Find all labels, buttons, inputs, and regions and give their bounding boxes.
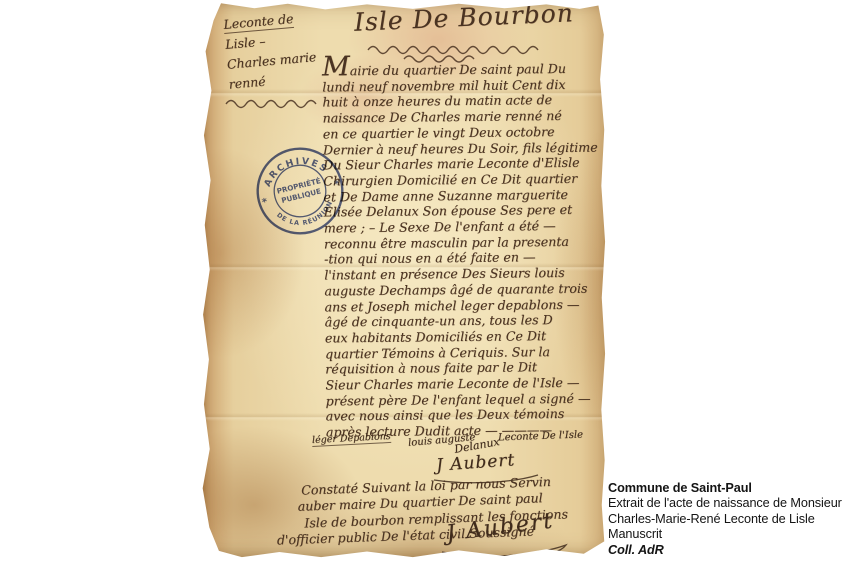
flourish-squiggle [224,95,324,111]
body-text: Mairie du quartier De saint paul Du lund… [322,57,608,441]
scanned-document-page: Leconte de Lisle – Charles marie renné I… [0,0,850,567]
body-line: Mairie du quartier De saint paul Du [322,57,604,80]
caption-credit: Coll. AdR [608,543,850,558]
aged-paper: Leconte de Lisle – Charles marie renné I… [196,1,613,561]
manuscript-title: Isle De Bourbon [353,0,574,37]
signature-underline [440,543,572,559]
officiant-signature: J Aubert [435,450,516,475]
witness-signature: léger Depablons [312,431,391,447]
body-line: Elisée Delanux Son épouse Ses pere et [324,202,606,221]
body-line: ans et Joseph michel leger depablons — [325,296,607,315]
stamp-star-icon: * [261,197,269,209]
caption-description-line2: Charles-Marie-René Leconte de Lisle [608,512,850,527]
caption-commune: Commune de Saint-Paul [608,481,850,496]
caption-description-line1: Extrait de l'acte de naissance de Monsie… [608,496,850,511]
witness-signature: Leconte De l'Isle [498,430,583,444]
caption: Commune de Saint-Paul Extrait de l'acte … [608,481,850,558]
manuscript-photo: Leconte de Lisle – Charles marie renné I… [196,1,613,561]
margin-annotation: Leconte de Lisle – Charles marie renné [223,7,319,94]
caption-medium: Manuscrit [608,527,850,542]
